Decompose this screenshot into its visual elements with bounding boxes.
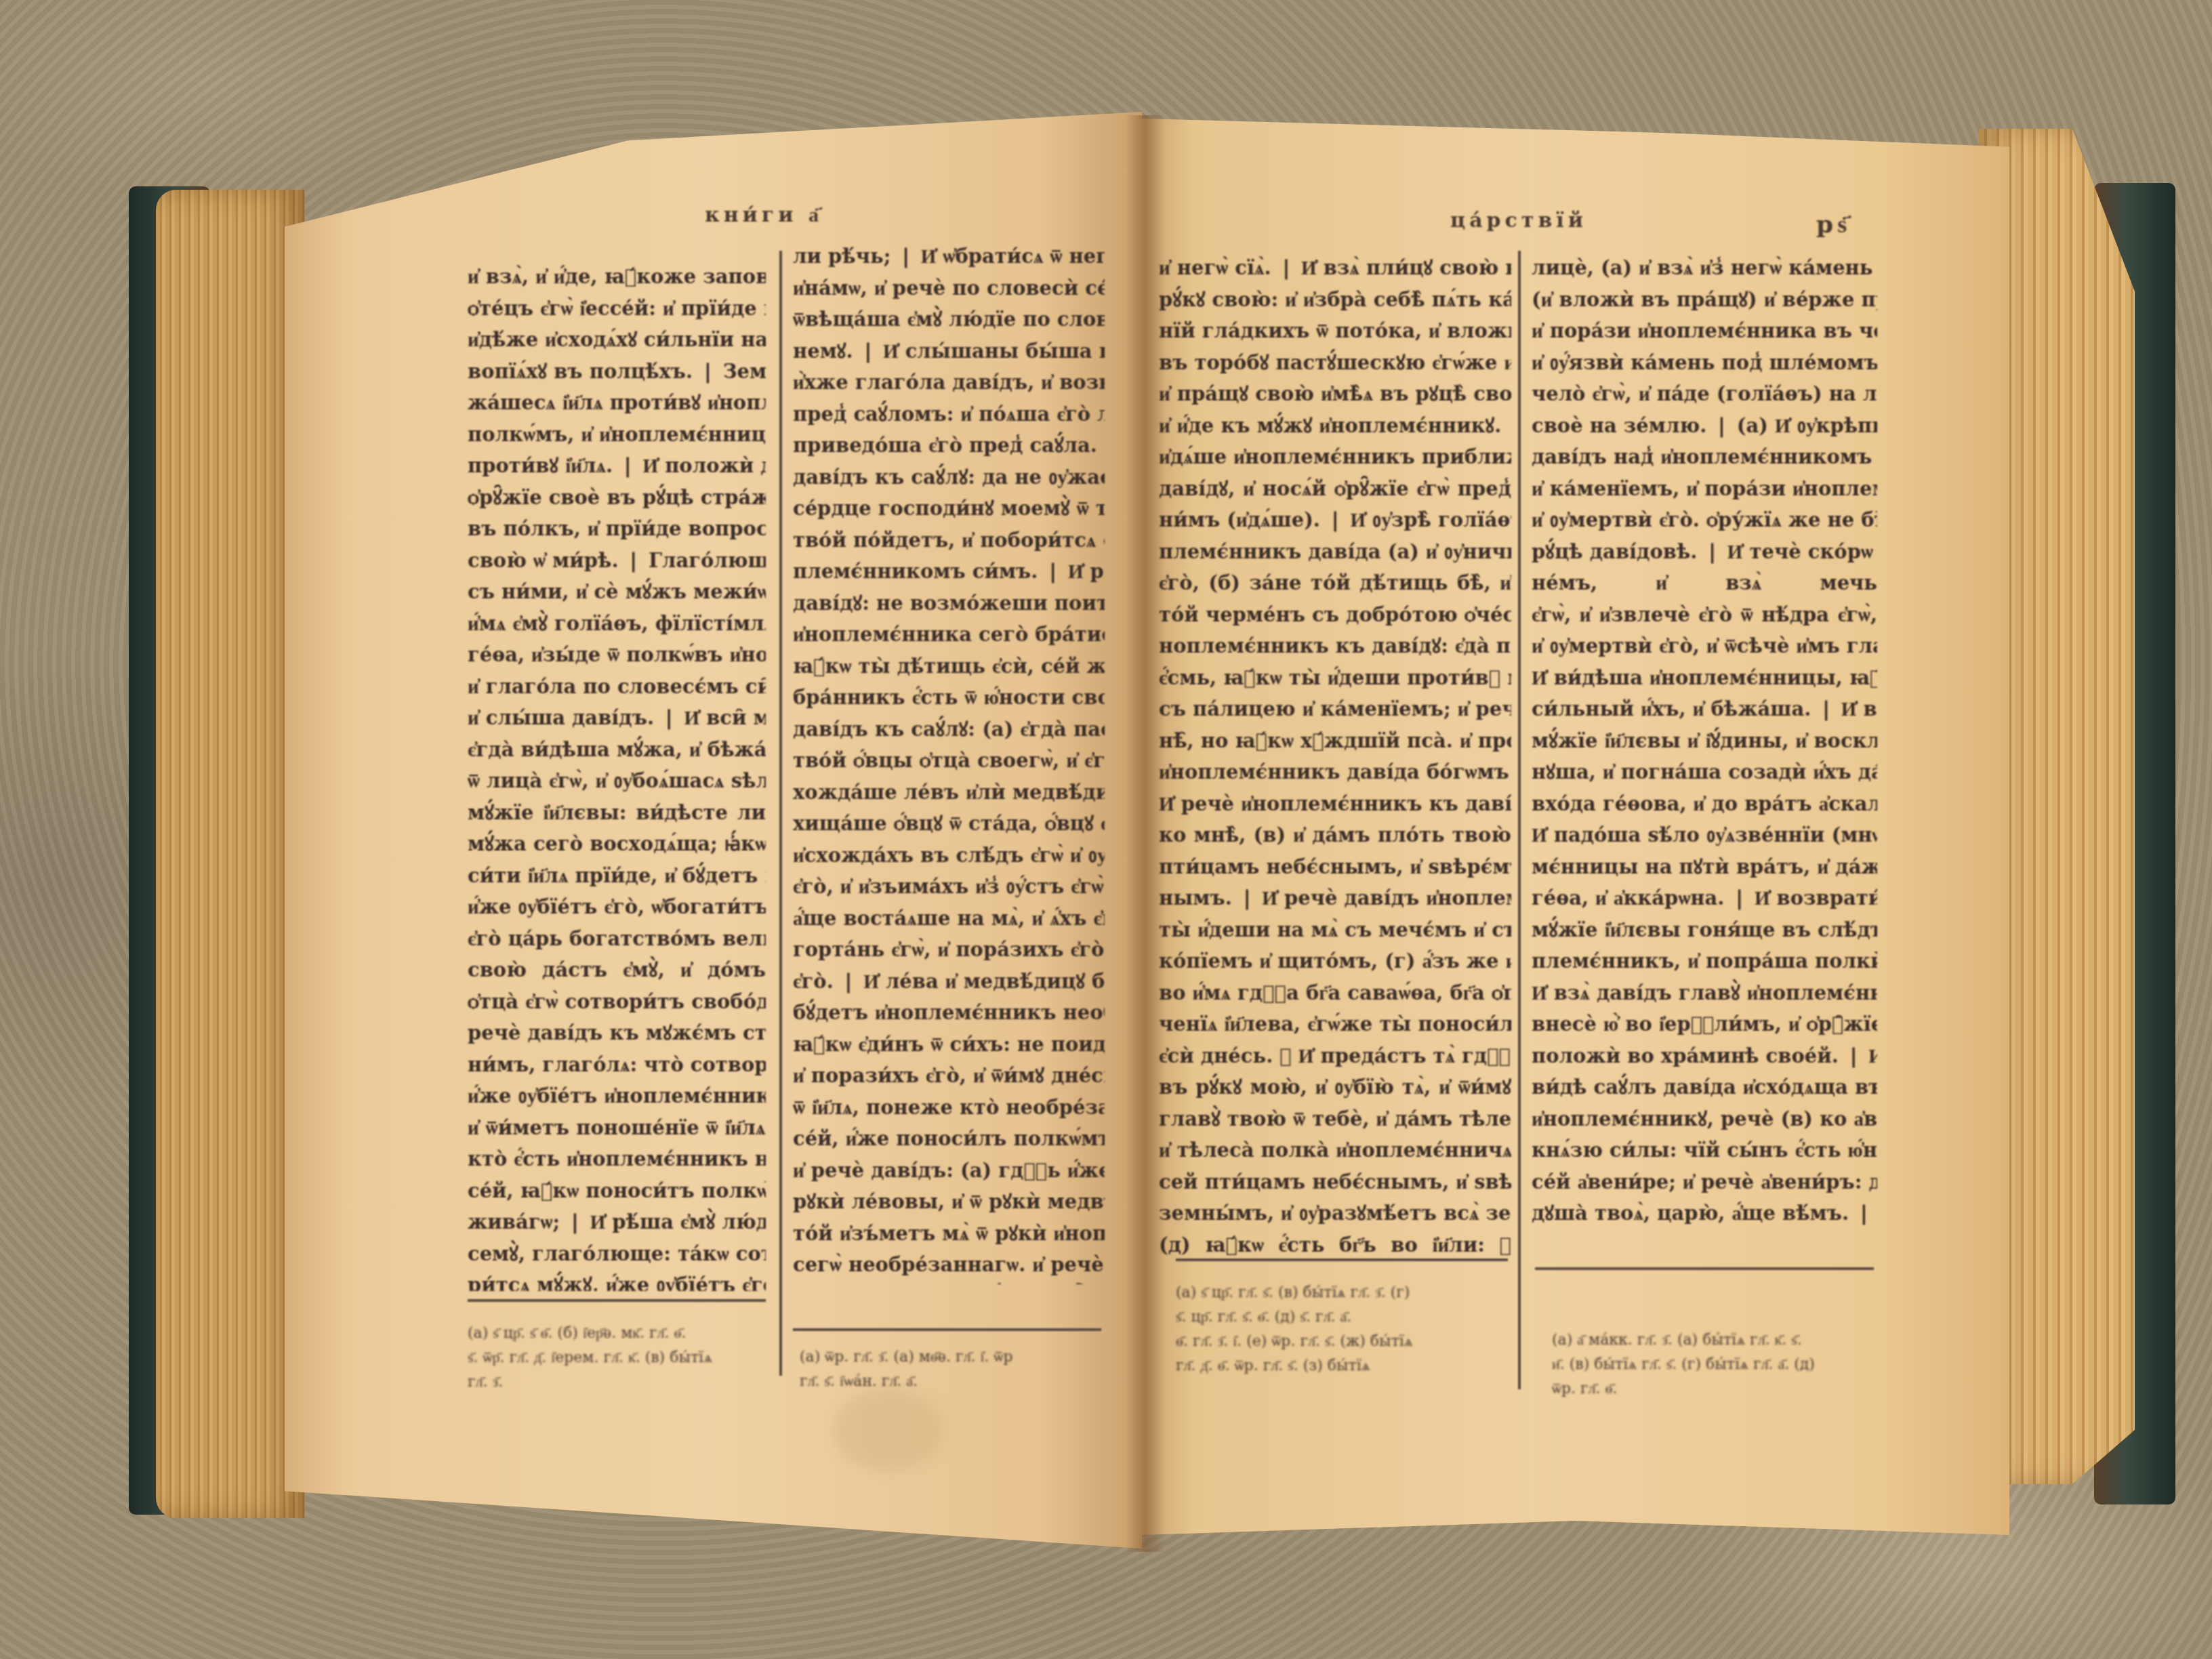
text-line: ко́пїемъ и҆ щито́мъ, (г) а҆́зъ же и҆дꙋ̀ …: [1159, 945, 1511, 977]
text-line: пред̾ саꙋ́ломъ: и҆ по́ѧша є҆го̀ лю́дїе, …: [793, 398, 1105, 430]
text-line: И҆ взѧ̀ даві́дъ главꙋ̀ и҆ноплемє́нничꙋ, …: [1532, 977, 1877, 1009]
left-running-head: кни́ги а҃: [705, 203, 823, 227]
text-line: и҆ ᲂу҆мертвѝ є҆го̀. ѻ҆ру́жїѧ же не бѣ̀ в…: [1532, 504, 1877, 536]
text-line: нїй гла́дкихъ ѿ пото́ка, и҆ вложѝ а҆: [1159, 315, 1511, 347]
text-line: ѿвѣща́ша є҆мꙋ̀ лю́дїе по словесѝ пре́ж: [793, 304, 1105, 335]
left-col1-footnote-rule: [468, 1299, 766, 1302]
text-line: ѿ і҆и҃лѧ, понеже кто̀ необре́заный: [793, 1092, 1105, 1124]
text-line: мꙋ́жїе і҆и҃лєвы гоня́ще въ слѣ́дъ и҆но: [1532, 914, 1877, 946]
text-line: ꙗ҆́кѡ є҆ди́нъ ѿ си́хъ: не поидꙋ̀ ли,: [793, 1029, 1105, 1061]
text-line: и҆ взѧ̀, и҆ и҆́де, ꙗ҆́коже заповѣ́да є҆м…: [468, 261, 766, 293]
footnote-line: ѿр. гл҃. ѳ҃.: [1552, 1377, 1870, 1401]
text-line: се́й, и҆́же поноси́лъ полкѡ́мъ бг҃а жи́в…: [793, 1123, 1105, 1155]
text-line: ты̀ и҆́деши на мѧ̀ съ мечє́мъ и҆ съ: [1159, 914, 1511, 946]
text-line: є҆го̀. ❘ И҆ ле́ва и҆ медвѣ́дицꙋ бїѧ́ше р…: [793, 966, 1105, 998]
left-page-column-divider: [779, 251, 782, 1376]
text-line: и҆̀хже глаго́ла даві́дъ, и҆ возвѣсти́ша: [793, 367, 1105, 398]
text-line: и҆ноплемє́нникꙋ, речѐ (в) ко а҆вени́рꙋ: [1532, 1103, 1877, 1135]
text-line: племє́нникъ, и҆ попра́ша полкѝ и҆́хъ.: [1532, 945, 1877, 977]
text-line: проти́вꙋ і҆и҃лѧ. ❘ И҆ положѝ даві́дъ: [468, 450, 766, 482]
page-number: рѕ҃: [1816, 210, 1851, 239]
text-line: ни́мъ, глаго́лѧ: что̀ сотвори́тсѧ мꙋ́жꙋ,: [468, 1049, 766, 1081]
text-line: хища́ше ѻ҆́вцꙋ ѿ ста́да, ѻ҆́вцꙋ є҆ди́нꙋ:…: [793, 808, 1105, 840]
text-line: и҆ пра́щꙋ свою̀ и҆мѣ̀ѧ въ рꙋцѣ̀ свое́й,: [1159, 378, 1511, 410]
text-line: мꙋ́жїе і҆и҃лєвы и҆ і҆ꙋ́дины, и҆ воскли́к: [1532, 725, 1877, 757]
footnote-line: (а) ѕ҃ цр҃. гл҃. ѕ҃. (в) бы́тїѧ гл҃. з҃.…: [1176, 1281, 1508, 1305]
text-line: и҆́же ᲂу҆бїе́тъ и҆ноплемє́нника ѻ҆нагѡ̀,: [468, 1080, 766, 1112]
text-line: даві́дъ къ саꙋ́лꙋ: да не ᲂу҆жасне́тсѧ: [793, 462, 1105, 493]
text-line: жа́шесѧ і҆и҃лѧ проти́вꙋ и҆ноплемє́нникѡм…: [468, 387, 766, 419]
text-line: ноплемє́нникъ къ даві́дꙋ: є҆да̀ пе́съ а҆…: [1159, 630, 1511, 662]
text-line: ни́мъ (и҆дѧ́ше). ❘ И҆ ᲂу҆зрѣ̀ голїа́ѳъ и…: [1159, 504, 1511, 536]
text-line: ѻ҆те́цъ є҆гѡ̀ і҆ессе́й: и҆ прїи́де на мѣ…: [468, 293, 766, 325]
text-line: мє́нницы на пꙋтѝ вра́тъ, и҆ да́же до: [1532, 851, 1877, 883]
text-line: дꙋша̀ твоѧ̀, царю̀, а҆́ще вѣ́мъ. ❘ И҆: [1532, 1197, 1877, 1228]
text-line: и҆ и҆́де къ мꙋ́жꙋ и҆ноплемє́нникꙋ. ❘ И҆: [1159, 410, 1511, 442]
text-line: ѿ лица̀ є҆гѡ̀, и҆ ᲂу҆боѧ́шасѧ ѕѣлѡ̀. ❘ И…: [468, 765, 766, 797]
footnote-line: ѕ҃. ѿр҃. гл҃. д҃. і҆ерем. гл҃. к҃. (в) б…: [468, 1346, 766, 1370]
text-line: жива́гѡ; ❘ И҆ рѣ́ша є҆мꙋ̀ лю́дїе по гл҃ꙋ: [468, 1206, 766, 1238]
text-line: ри́тсѧ мꙋ́жꙋ, и҆́же ᲂу҆бїе́тъ є҆го̀. ❘ И…: [468, 1269, 766, 1291]
text-line: въ рꙋ́кꙋ мою̀, и҆ ᲂу҆бїю̀ тѧ̀, и҆ ѿи́мꙋ: [1159, 1071, 1511, 1103]
footnote-line: (а) ѕ҃ цр҃. ѕ҃ ѳ҃. (б) і҆ер҃ѳ. мк҃. гл҃.…: [468, 1322, 766, 1346]
text-line: полкѡ́мъ, и҆ и҆ноплемє́нницы ѡ҆полчи́шас…: [468, 419, 766, 451]
text-line: немꙋ. ❘ И҆ слы́шаны бы́ша глаго́лы,: [793, 335, 1105, 367]
text-line: свою̀ ѡ҆ ми́рѣ. ❘ Глаго́лющꙋ же є҆мꙋ̀: [468, 545, 766, 577]
page-stain: [834, 1389, 942, 1471]
text-line: въ по́лкъ, и҆ прїи́де вопроси́ бра́тїю: [468, 513, 766, 545]
text-line: ѻ҆тца̀ є҆гѡ̀ сотвори́тъ свобо́денъ во і҆…: [468, 986, 766, 1018]
text-line: и҆ноплемє́нника сего̀ бра́тисѧ съ ни́мъ,: [793, 619, 1105, 651]
text-line: главꙋ̀ твою̀ ѿ тебѐ, и҆ да́мъ тѣлеса̀ тв…: [1159, 1103, 1511, 1135]
text-line: (д) ꙗ҆́кѡ є҆́сть бг҃ъ во і҆и҃ли: ❘: [1159, 1229, 1511, 1256]
text-line: си́ти і҆и҃лѧ прїи́де, и҆ бꙋ́детъ мꙋ́жъ,: [468, 860, 766, 892]
text-line: є҆го̀, и҆ и҆зъима́хъ и҆з̾ ᲂу҆́стъ є҆гѡ̀:…: [793, 871, 1105, 903]
text-line: се́рдце господи́нꙋ моемꙋ̀ ѿ тѣ́мъ, ра́бъ: [793, 493, 1105, 525]
text-line: и҆ негѡ̀ сїѧ̀. ❘ И҆ взѧ̀ пли́цꙋ свою̀ въ: [1159, 252, 1511, 284]
text-line: рꙋ́цѣ даві́довѣ. ❘ И҆ течѐ ско́рѡ и҆ ста…: [1532, 536, 1877, 568]
text-line: внесѐ ю҆̀ во і҆ерⷭ҇ли́мъ, и҆ ѻ҆рꙋ̑жїе є҆…: [1532, 1008, 1877, 1040]
text-line: и҆ тѣлеса̀ полка̀ и҆ноплемє́нничѧ въ дне…: [1159, 1134, 1511, 1166]
text-line: во и҆́мѧ гдⷭ҇а бг҃а саваѡ́ѳа, бг҃а ѻ҆пол: [1159, 977, 1511, 1009]
text-line: є҆гда̀ ви́дѣша мꙋ́жа, и҆ бѣжа́ша: [468, 734, 766, 766]
right-page-column-1: и҆ негѡ̀ сїѧ̀. ❘ И҆ взѧ̀ пли́цꙋ свою̀ въ…: [1159, 252, 1511, 1255]
text-line: даві́дъ над̾ и҆ноплемє́нникомъ пра́щею: [1532, 441, 1877, 473]
text-line: вхо́да ге́ѳова, и҆ до вра́тъ а҆скалѡ́них…: [1532, 788, 1877, 820]
text-line: съ па́лицею и҆ ка́менїемъ; и҆ речѐ даві́…: [1159, 693, 1511, 725]
text-line: є҆гѡ̀, и҆ и҆звлечѐ є҆го̀ ѿ нѣ́дра є҆гѡ̀,: [1532, 599, 1877, 631]
text-line: въ торо́бꙋ пастꙋ́шескꙋю є҆гѡ́же и҆мѧ́ше,: [1159, 347, 1511, 379]
text-line: и҆дѧ́ше и҆ноплемє́нникъ приближа́ѧсѧ къ: [1159, 441, 1511, 473]
text-line: и҆ пора́зи и҆ноплемє́нника въ чело̀ є҆гѡ…: [1532, 315, 1877, 347]
footnote-line: и҃. (в) бы́тїѧ гл҃. ѕ҃. (г) бы́тїѧ гл҃. …: [1552, 1353, 1870, 1377]
text-line: съ ни́ми, и҆ сѐ мꙋ́жъ межи́ѡ҆ѡ́ставный,: [468, 576, 766, 608]
text-line: своѐ на зе́млю. ❘ (а) И҆ ᲂу҆крѣпи́сѧ и҆: [1532, 410, 1877, 442]
text-line: ѻ҆рꙋ̑жїе своѐ въ рꙋ́цѣ стра́жа, и҆ течѐ: [468, 482, 766, 514]
text-line: и҆ порази́хъ є҆го̀, и҆ ѿи́мꙋ дне́сь поно…: [793, 1060, 1105, 1092]
text-line: се́й, ꙗ҆́кѡ поноси́тъ полкѡ́мъ (б) бг҃а: [468, 1175, 766, 1207]
text-line: даві́дꙋ: и҆дѝ, и҆ да бꙋ́детъ гдⷭ҇ь съ то: [793, 1281, 1105, 1285]
text-line: нѣ̑, но ꙗ҆́кѡ хꙋ́ждшїй пса̀. и҆ прокла̀ …: [1159, 725, 1511, 757]
text-line: бꙋ́детъ и҆ноплемє́нникъ необре́заный се́…: [793, 997, 1105, 1029]
text-line: тво́й ѻ҆́вцы ѻ҆тца̀ своегѡ̀, и҆ є҆гда̀ п…: [793, 745, 1105, 777]
text-line: се́й а҆вени́ре; и҆ речѐ а҆вени́ръ: да жи…: [1532, 1166, 1877, 1198]
text-line: (и҆ вложѝ въ пра́щꙋ) и҆ ве́рже пра́щею,: [1532, 284, 1877, 316]
text-line: є҆́смь, ꙗ҆́кѡ ты̀ и҆́деши проти́вꙋ мнѣ̀: [1159, 662, 1511, 694]
text-line: горта́нь є҆гѡ̀, и҆ пора́зихъ є҆го̀, и҆ ᲂ…: [793, 934, 1105, 966]
text-line: свою̀ да́стъ є҆мꙋ̀, и҆ до́мъ: [468, 954, 766, 986]
text-line: и҆ глаго́ла по словесє́мъ си̑мъ,: [468, 671, 766, 703]
text-line: и҆ слы́ша даві́дъ. ❘ И҆ вси̑ мꙋ́жїе і҆и҃…: [468, 702, 766, 734]
right-col2-footnote-rule: [1535, 1267, 1874, 1270]
text-line: рꙋкѝ ле́вовы, и҆ ѿ рꙋкѝ медвѣ́дицы,: [793, 1186, 1105, 1218]
text-line: речѐ даві́дъ къ мꙋжє́мъ стоѧ́щымъ съ: [468, 1017, 766, 1049]
text-line: и҆дѣ́же и҆сходѧ́хꙋ си́льнїи на бра́нь, и…: [468, 324, 766, 356]
left-col1-footnotes: (а) ѕ҃ цр҃. ѕ҃ ѳ҃. (б) і҆ер҃ѳ. мк҃. гл҃.…: [468, 1322, 766, 1395]
right-page-column-divider: [1518, 251, 1521, 1389]
text-line: даві́дꙋ: не возмо́жеши поитѝ на: [793, 588, 1105, 619]
left-col2-footnote-rule: [793, 1328, 1101, 1331]
text-line: и҆ ᲂу҆мертвѝ є҆го̀, и҆ ѿсѣчѐ и҆мъ главꙋ̀…: [1532, 630, 1877, 662]
text-line: мꙋ́жа сего̀ восходѧ́ща; ꙗ҆́кѡ поно: [468, 828, 766, 860]
text-line: и҆ речѐ даві́дъ: (а) гдⷭ҇ь и҆́же и҆зъѧ́т…: [793, 1155, 1105, 1187]
right-col1-footnote-rule: [1176, 1258, 1508, 1261]
text-line: И҆ ви́дѣша и҆ноплемє́нницы, ꙗ҆́кѡ ᲂу҆ме́…: [1532, 662, 1877, 694]
text-line: и҆ ᲂу҆́язвѝ ка́мень под̾ шле́момъ є҆гѡ̀ …: [1532, 347, 1877, 379]
text-line: си́льный и҆́хъ, и҆ бѣжа́ша. ❘ И҆ воста́ш…: [1532, 693, 1877, 725]
footnote-line: (а) а҃ ма́кк. гл҃. з҃. (а) бы́тїѧ гл҃. к…: [1552, 1328, 1870, 1353]
text-line: ченїѧ і҆и҃лева, є҆гѡ́же ты̀ поноси́лъ: [1159, 1008, 1511, 1040]
text-line: не́мъ, и҆ взѧ̀ мечь: [1532, 567, 1877, 599]
footnote-line: (а) ѿр. гл҃. з҃. (а) мѳ҃ѳ. гл҃. і҆. ѿр: [800, 1345, 1098, 1370]
text-line: нꙋша, и҆ погна́ша созадѝ и҆́хъ да́же до: [1532, 756, 1877, 788]
text-line: рꙋ́кꙋ свою̀: и҆ и҆збра̀ себѣ̀ пѧ́ть ка́м…: [1159, 284, 1511, 316]
text-line: лицѐ, (а) и҆ взѧ̀ и҆з̾ негѡ̀ ка́мень є҆д…: [1532, 252, 1877, 284]
text-line: то́й черме́нъ съ добро́тою ѻ҆че́съ. ❘ И҆…: [1159, 599, 1511, 631]
text-line: и҆ноплемє́нникъ даві́да бо́гѡмъ свои́мъ.: [1159, 756, 1511, 788]
text-line: семꙋ̀, глаго́люще: та́кѡ сотво: [468, 1238, 766, 1270]
text-line: є҆го̀, (б) за́не то́й дѣ́тищь бѣ̀, и҆: [1159, 567, 1511, 599]
footnote-line: ѕ҃. цр҃. гл҃. ѕ҃. ѳ҃. (д) ѕ҃. гл҃. а҃.: [1176, 1305, 1508, 1330]
text-line: племє́нникомъ си́мъ. ❘ И҆ речѐ саꙋ́лъ къ: [793, 556, 1105, 588]
text-line: и҆́мѧ є҆мꙋ̀ голїа́ѳъ, фїлїсті́млѧнинъ (а…: [468, 608, 766, 640]
text-line: племє́нникъ даві́да (а) и҆ ᲂу҆ничижѝ: [1159, 536, 1511, 568]
text-line: положѝ во хра́минѣ свое́й. ❘ И҆ є҆гда̀ ж…: [1532, 1040, 1877, 1072]
right-col2-footnotes: (а) а҃ ма́кк. гл҃. з҃. (а) бы́тїѧ гл҃. к…: [1552, 1328, 1870, 1401]
text-line: и҆́же ᲂу҆бїе́тъ є҆го̀, ѡ҆богати́тъ: [468, 891, 766, 923]
page-edges-left: [156, 190, 305, 1518]
text-line: ко мнѣ̀, (в) и҆ да́мъ пло́ть твою̀: [1159, 819, 1511, 851]
footnote-line: ѳ҃. гл҃. з҃. і҆. (е) ѿр. гл҃. ѕ҃. (ж) бы…: [1176, 1330, 1508, 1354]
text-line: нымъ. ❘ И҆ речѐ даві́дъ и҆ноплемє́нникꙋ:: [1159, 882, 1511, 914]
text-line: сей пти́цамъ небє́снымъ, и҆ ѕвѣрє́мъ: [1159, 1166, 1511, 1198]
text-line: ви́дѣ саꙋ́лъ даві́да и҆схо́дѧща въ срѣ́т…: [1532, 1071, 1877, 1103]
text-line: хожда́ше ле́въ и҆лѝ медвѣ́дица, и҆ вос: [793, 777, 1105, 808]
text-line: ге́ѳа, и҆зы́де ѿ полкѡ́въ и҆ноплемє́ннич…: [468, 639, 766, 671]
right-col1-footnotes: (а) ѕ҃ цр҃. гл҃. ѕ҃. (в) бы́тїѧ гл҃. з҃.…: [1176, 1281, 1508, 1378]
left-col2-footnotes: (а) ѿр. гл҃. з҃. (а) мѳ҃ѳ. гл҃. і҆. ѿргл…: [800, 1345, 1098, 1394]
footnote-line: гл҃. д҃. ѳ҃. ѿр. гл҃. ѕ҃. (з) бы́тїѧ: [1176, 1354, 1508, 1378]
footnote-line: гл҃. ѕ҃. і҆ѡа́н. гл҃. а҃.: [800, 1370, 1098, 1394]
text-line: кнѧ́зю си́лы: чїй сы́нъ є҆́сть ю҆́ноша: [1532, 1134, 1877, 1166]
text-line: мꙋ́жїе і҆и҃лєвы: ви́дѣсте ли: [468, 797, 766, 829]
text-line: тво́й по́йдетъ, и҆ побори́тсѧ со и҆но: [793, 525, 1105, 556]
text-line: земны́мъ, и҆ ᲂу҆разꙋмѣ́етъ всѧ̀ землѧ̀,: [1159, 1197, 1511, 1229]
left-page-column-2: ли рѣ́чь; ❘ И҆ ѡ҆брати́сѧ ѿ негѡ̀и҆на́мѡ…: [793, 241, 1105, 1284]
text-line: кто̀ є҆́сть и҆ноплемє́нникъ необре́заный: [468, 1143, 766, 1175]
text-line: И҆ падо́ша ѕѣ́ло ᲂу҆ѧзве́ннїи (мнѡ́зи) и…: [1532, 819, 1877, 851]
text-line: сегѡ̀ необре́заннагѡ. и҆ речѐ саꙋ́лъ къ: [793, 1249, 1105, 1281]
left-page-column-1: и҆ взѧ̀, и҆ и҆́де, ꙗ҆́коже заповѣ́да є҆м…: [468, 261, 766, 1291]
text-line: и҆схожда́хъ въ слѣ́дъ є҆гѡ̀ и҆ ᲂу҆бива́х…: [793, 840, 1105, 872]
text-line: ге́ѳа, и҆ а҆кка́рѡна. ❘ И҆ возврати́шасѧ…: [1532, 882, 1877, 914]
text-line: бра́нникъ є҆́сть ѿ ю҆́ности своеѧ̀. ❘ И҆…: [793, 682, 1105, 714]
text-line: даві́дꙋ, и҆ носѧ́й ѻ҆рꙋ̑жїе є҆гѡ̀ пред̾: [1159, 473, 1511, 505]
text-line: и҆на́мѡ, и҆ речѐ по словесѝ се́мꙋ,: [793, 272, 1105, 304]
text-line: є҆сѝ дне́сь. ❘ И҆ преда́стъ тѧ̀ гдⷭ҇ь дн…: [1159, 1040, 1511, 1072]
text-line: то́й и҆зъ́метъ мѧ̀ ѿ рꙋкѝ и҆ноплемє́нник…: [793, 1218, 1105, 1250]
text-line: и҆ ѿи́метъ поноше́нїе ѿ і҆и҃лѧ; ꙗ҆́кѡ: [468, 1112, 766, 1144]
text-line: ли рѣ́чь; ❘ И҆ ѡ҆брати́сѧ ѿ негѡ̀: [793, 241, 1105, 272]
text-line: приведо́ша є҆го̀ пред̾ саꙋ́ла. ❘ И҆ речѐ: [793, 430, 1105, 462]
footnote-line: гл҃. з҃.: [468, 1370, 766, 1395]
text-line: ꙗ҆́кѡ ты̀ дѣ́тищь є҆сѝ, се́й же мꙋ́жъ: [793, 651, 1105, 682]
text-line: вопїѧ́хꙋ въ полцѣ́хъ. ❘ Землѧ́ же вопрѧ̀: [468, 356, 766, 388]
text-line: а҆́ще воста́ѧше на мѧ̀, и҆ ѧ҆́хъ є҆го̀ з…: [793, 903, 1105, 935]
text-line: И҆ речѐ и҆ноплемє́нникъ къ даві́дꙋ: гряд…: [1159, 788, 1511, 820]
text-line: и҆ ка́менїемъ, и҆ пора́зи и҆ноплемє́нник…: [1532, 473, 1877, 505]
text-line: пти́цамъ небє́снымъ, и҆ ѕвѣрє́мъ зем: [1159, 851, 1511, 883]
text-line: є҆го̀ ца́рь богатство́мъ вели́кимъ, и҆ д…: [468, 923, 766, 955]
text-line: даві́дъ къ саꙋ́лꙋ: (а) є҆гда̀ пася́ше ра…: [793, 714, 1105, 745]
right-running-head: ца́рствїй: [1450, 209, 1587, 232]
text-line: чело̀ є҆гѡ̀, и҆ па́де (голїа́ѳъ) на лицѐ: [1532, 378, 1877, 410]
right-page-column-2: лицѐ, (а) и҆ взѧ̀ и҆з̾ негѡ̀ ка́мень є҆д…: [1532, 252, 1877, 1228]
